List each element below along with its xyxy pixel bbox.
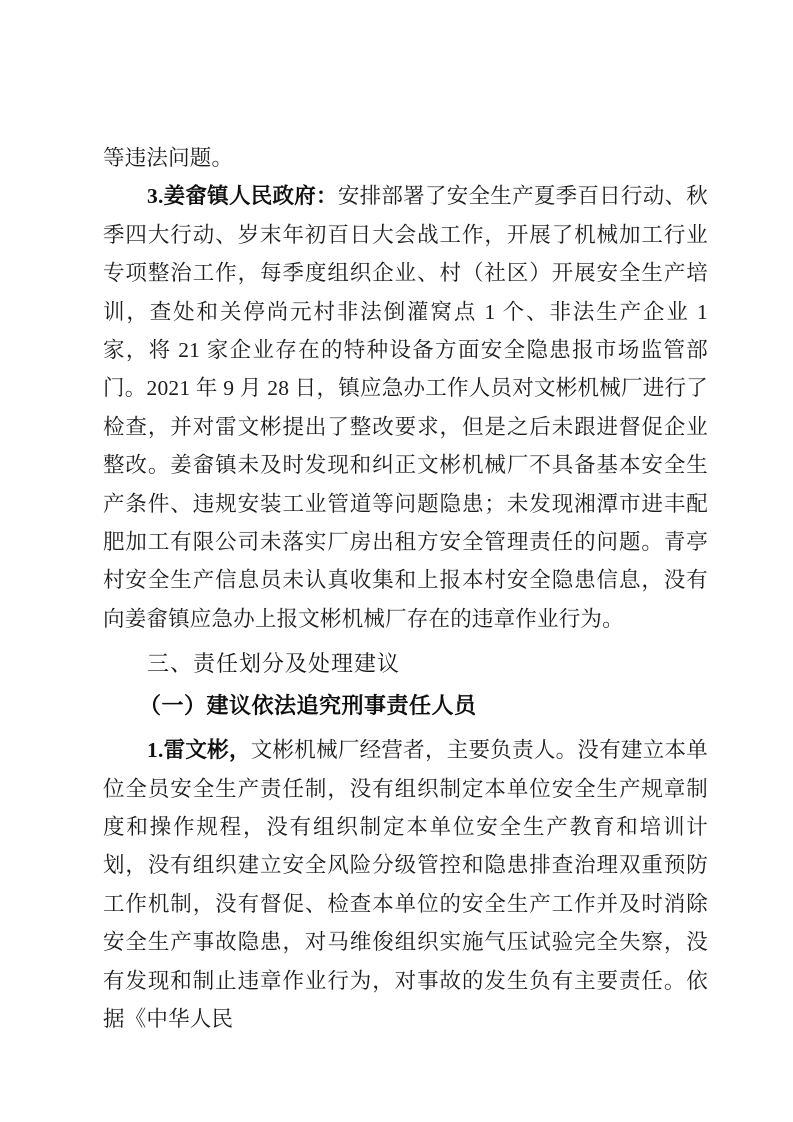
paragraph-jiangshe-town: 3.姜畲镇人民政府：安排部署了安全生产夏季百日行动、秋季四大行动、岁末年初百日大… [103,177,708,638]
paragraph-jiangshe-town-lead: 3.姜畲镇人民政府： [147,184,338,208]
paragraph-continuation-text: 等违法问题。 [103,146,233,170]
sub-heading-criminal-liability: （一）建议依法追究刑事责任人员 [103,687,708,725]
paragraph-lei-wenbin: 1.雷文彬，文彬机械厂经营者，主要负责人。没有建立本单位全员安全生产责任制，没有… [103,731,708,1038]
document-page: 等违法问题。 3.姜畲镇人民政府：安排部署了安全生产夏季百日行动、秋季四大行动、… [0,0,793,1122]
sub-heading-criminal-liability-text: （一）建议依法追究刑事责任人员 [139,693,477,718]
section-heading-responsibility-text: 三、责任划分及处理建议 [147,651,400,676]
paragraph-jiangshe-town-body: 安排部署了安全生产夏季百日行动、秋季四大行动、岁末年初百日大会战工作，开展了机械… [103,184,708,630]
section-heading-responsibility: 三、责任划分及处理建议 [103,645,708,683]
paragraph-continuation: 等违法问题。 [103,139,708,177]
paragraph-lei-wenbin-lead: 1.雷文彬， [147,738,251,762]
document-content: 等违法问题。 3.姜畲镇人民政府：安排部署了安全生产夏季百日行动、秋季四大行动、… [103,139,708,1038]
paragraph-lei-wenbin-body: 文彬机械厂经营者，主要负责人。没有建立本单位全员安全生产责任制，没有组织制定本单… [103,738,708,1031]
